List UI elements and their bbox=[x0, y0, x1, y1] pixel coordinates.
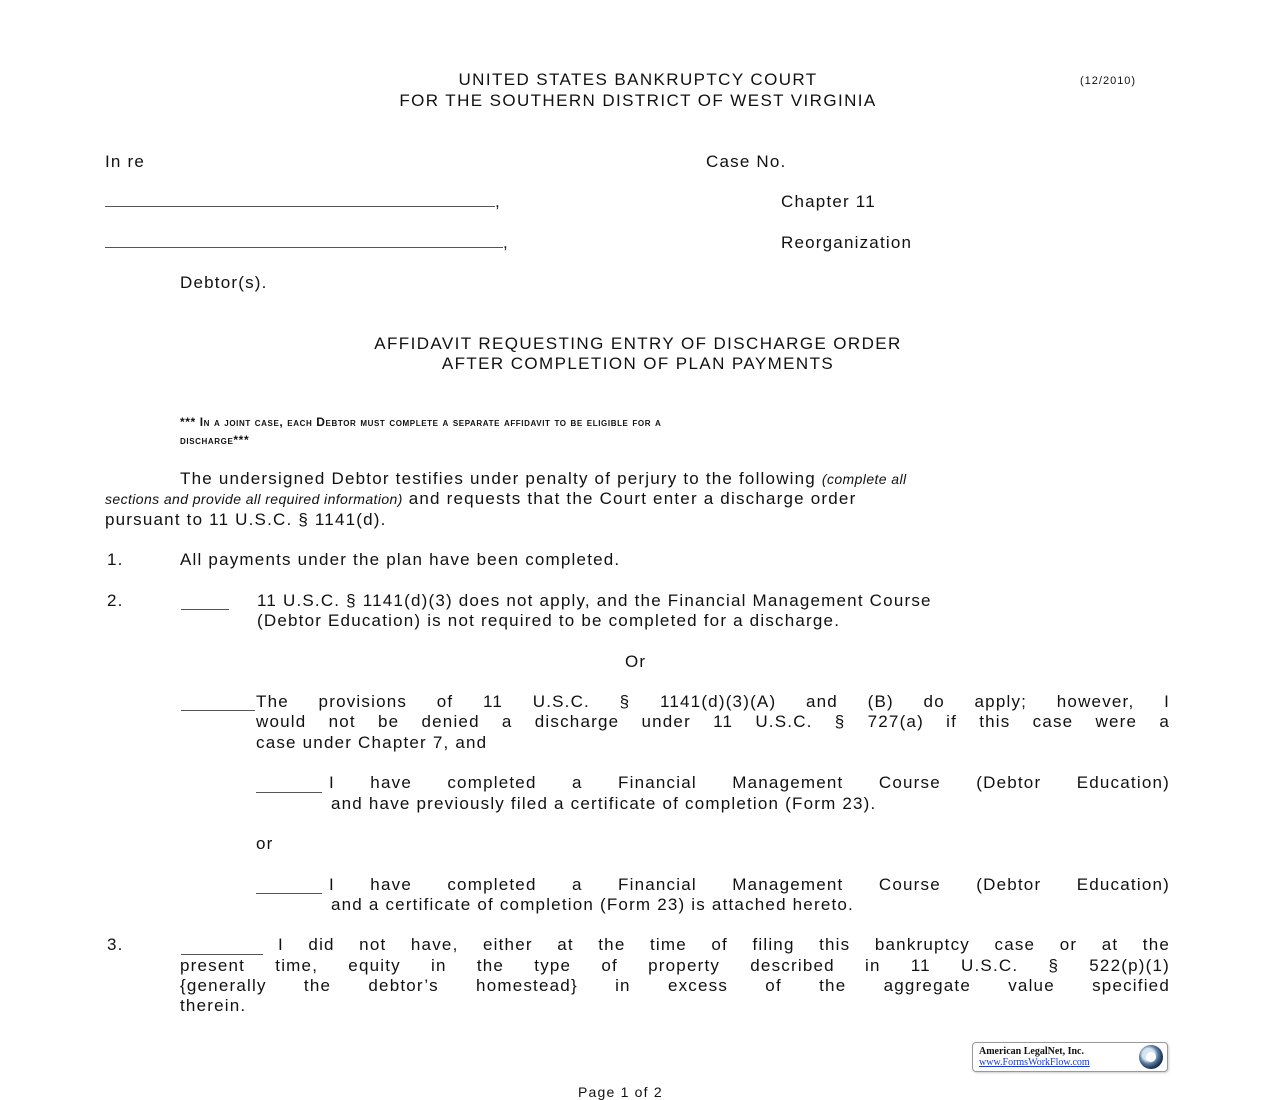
item-2-option-b-line2: would not be denied a discharge under 11… bbox=[256, 712, 1170, 732]
item-2-option-b-line1: The provisions of 11 U.S.C. § 1141(d)(3)… bbox=[256, 692, 1170, 712]
intro-text: The undersigned Debtor testifies under p… bbox=[180, 469, 816, 488]
item-3-line3: {generally the debtor’s homestead} in ex… bbox=[180, 976, 1170, 996]
item-2-option-a-line2: (Debtor Education) is not required to be… bbox=[257, 611, 840, 631]
item-2-sub2-checkbox[interactable] bbox=[256, 892, 322, 894]
or-separator-lower: or bbox=[256, 834, 274, 854]
debtor-name-field-2[interactable] bbox=[105, 246, 503, 248]
intro-instruction: (complete all bbox=[822, 471, 907, 487]
court-district: FOR THE SOUTHERN DISTRICT OF WEST VIRGIN… bbox=[188, 91, 1088, 111]
form-revision: (12/2010) bbox=[1080, 75, 1136, 87]
case-no-label: Case No. bbox=[706, 152, 786, 172]
item-1-text: All payments under the plan have been co… bbox=[180, 550, 620, 570]
item-2-sub1-line1: I have completed a Financial Management … bbox=[329, 773, 1170, 793]
item-3-line1: I did not have, either at the time of fi… bbox=[278, 935, 1170, 955]
item-3-line2: present time, equity in the type of prop… bbox=[180, 956, 1170, 976]
or-separator: Or bbox=[625, 652, 646, 672]
item-3-number: 3. bbox=[107, 935, 124, 955]
intro-line1: The undersigned Debtor testifies under p… bbox=[180, 469, 906, 489]
logo-url-link[interactable]: www.FormsWorkFlow.com bbox=[979, 1057, 1090, 1068]
intro-text-cont: and requests that the Court enter a disc… bbox=[409, 489, 857, 508]
item-2-sub2-line2: and a certificate of completion (Form 23… bbox=[331, 895, 854, 915]
item-2-option-a-line1: 11 U.S.C. § 1141(d)(3) does not apply, a… bbox=[257, 591, 932, 611]
comma: , bbox=[503, 233, 509, 252]
comma: , bbox=[495, 192, 501, 211]
debtors-label: Debtor(s). bbox=[180, 273, 268, 293]
chapter-label: Chapter 11 bbox=[781, 192, 876, 212]
item-2-number: 2. bbox=[107, 591, 124, 611]
item-2-sub1-checkbox[interactable] bbox=[256, 791, 322, 793]
court-name: UNITED STATES BANKRUPTCY COURT bbox=[188, 70, 1088, 90]
globe-icon bbox=[1139, 1045, 1163, 1069]
page-number: Page 1 of 2 bbox=[578, 1084, 663, 1100]
intro-instruction-cont: sections and provide all required inform… bbox=[105, 491, 403, 507]
intro-line2: sections and provide all required inform… bbox=[105, 489, 856, 509]
debtor-name-row-1: , bbox=[105, 192, 501, 212]
item-3-checkbox[interactable] bbox=[181, 953, 263, 955]
item-1-number: 1. bbox=[107, 550, 124, 570]
document-title-line2: AFTER COMPLETION OF PLAN PAYMENTS bbox=[188, 354, 1088, 374]
intro-line3: pursuant to 11 U.S.C. § 1141(d). bbox=[105, 510, 387, 530]
in-re-label: In re bbox=[105, 152, 145, 172]
item-2-sub2-line1: I have completed a Financial Management … bbox=[329, 875, 1170, 895]
debtor-name-field-1[interactable] bbox=[105, 205, 495, 207]
debtor-name-row-2: , bbox=[105, 233, 509, 253]
case-type-label: Reorganization bbox=[781, 233, 912, 253]
item-2-option-b-checkbox[interactable] bbox=[181, 709, 255, 711]
item-2-option-b-line3: case under Chapter 7, and bbox=[256, 733, 487, 753]
american-legalnet-logo[interactable]: American LegalNet, Inc. www.FormsWorkFlo… bbox=[972, 1042, 1168, 1072]
joint-case-notice-line1: *** In a joint case, each Debtor must co… bbox=[180, 413, 661, 431]
item-2-sub1-line2: and have previously filed a certificate … bbox=[331, 794, 876, 814]
joint-case-notice-line2: discharge*** bbox=[180, 431, 249, 449]
item-2-option-a-checkbox[interactable] bbox=[181, 608, 229, 610]
item-3-line4: therein. bbox=[180, 996, 246, 1016]
document-title-line1: AFFIDAVIT REQUESTING ENTRY OF DISCHARGE … bbox=[188, 334, 1088, 354]
logo-company-name: American LegalNet, Inc. bbox=[979, 1046, 1084, 1057]
